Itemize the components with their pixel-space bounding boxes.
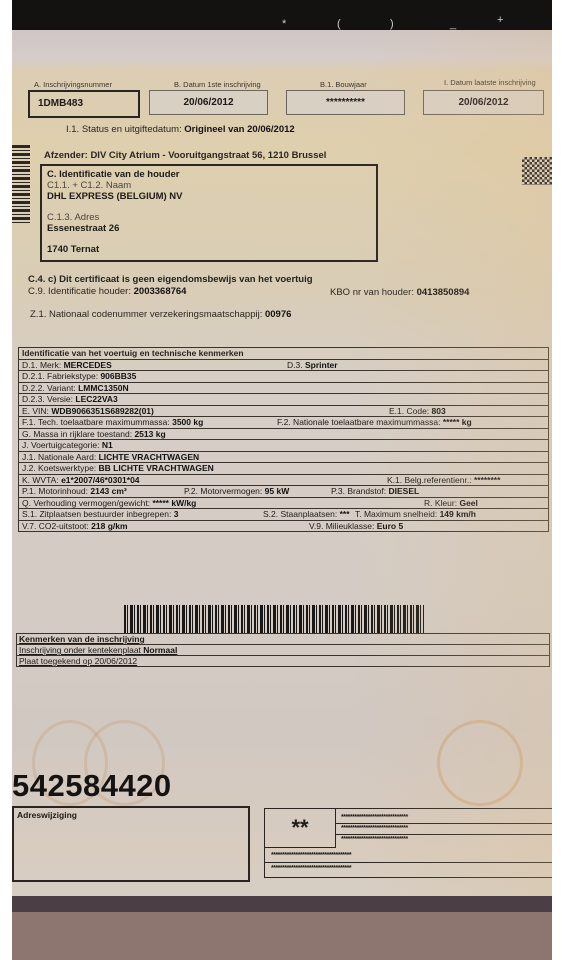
vehicle-field-value: LMMC1350N — [78, 383, 129, 393]
vehicle-table-row: Q. Verhouding vermogen/gewicht: ***** kW… — [19, 498, 548, 510]
registration-certificate: A. Inschrijvingsnummer 1DMB483 B. Datum … — [12, 30, 552, 900]
key-glyph: ) — [390, 18, 394, 30]
document-photo: * ( ) _ + A. Inschrijvingsnummer 1DMB483… — [12, 0, 552, 960]
z1-value: 00976 — [265, 309, 291, 320]
vehicle-field: P.1. Motorinhoud: 2143 cm³ — [22, 486, 127, 497]
vehicle-field-label: P.3. Brandstof: — [331, 486, 386, 496]
vehicle-table-row: K. WVTA: e1*2007/46*0301*04K.1. Belg.ref… — [19, 475, 548, 487]
vehicle-field-value: 218 g/km — [91, 521, 127, 531]
vehicle-field-label: F.1. Tech. toelaatbare maximummassa: — [22, 417, 170, 427]
address-change-label: Adreswijziging — [17, 810, 77, 820]
label-first-registration: B. Datum 1ste inschrijving — [174, 80, 261, 89]
reserved-line: ****************************** — [341, 814, 408, 821]
vehicle-table-title: Identificatie van het voertuig en techni… — [19, 348, 548, 360]
barcode — [124, 605, 424, 633]
vehicle-field-value: BB LICHTE VRACHTWAGEN — [99, 463, 214, 473]
vehicle-field-value: Euro 5 — [377, 521, 403, 531]
registration-table: Kenmerken van de inschrijving Inschrijvi… — [16, 633, 550, 667]
vehicle-table-row: S.1. Zitplaatsen bestuurder inbegrepen: … — [19, 509, 548, 521]
holder-title: C. Identificatie van de houder — [47, 169, 371, 180]
registration-number: 1DMB483 — [28, 90, 140, 118]
reserved-line: ****************************** — [341, 825, 408, 832]
vehicle-table-row: D.1. Merk: MERCEDESD.3. Sprinter — [19, 360, 548, 372]
vehicle-field: P.3. Brandstof: DIESEL — [331, 486, 419, 497]
vehicle-field-label: E.1. Code: — [389, 406, 429, 416]
holder-box: C. Identificatie van de houder C1.1. + C… — [40, 164, 378, 262]
vehicle-field-label: P.2. Motorvermogen: — [184, 486, 262, 496]
vehicle-field-value: LEC22VA3 — [75, 394, 117, 404]
vehicle-field-label: E. VIN: — [22, 406, 49, 416]
last-registration-date: 20/06/2012 — [423, 90, 544, 115]
vehicle-table-row: P.1. Motorinhoud: 2143 cm³P.2. Motorverm… — [19, 486, 548, 498]
plate-type-label: Inschrijving onder kentekenplaat — [19, 645, 141, 655]
vehicle-field-label: V.9. Milieuklasse: — [309, 521, 374, 531]
vehicle-field-value: ***** kW/kg — [152, 498, 196, 508]
reserved-line: ************************************ — [271, 865, 351, 872]
vehicle-field: D.2.3. Versie: LEC22VA3 — [22, 394, 118, 405]
c9-label: C.9. Identificatie houder: — [28, 286, 131, 297]
vehicle-field-label: J.2. Koetswerktype: — [22, 463, 96, 473]
vehicle-table-row: J.1. Nationale Aard: LICHTE VRACHTWAGEN — [19, 452, 548, 464]
stain — [437, 720, 523, 806]
label-last-registration: I. Datum laatste inschrijving — [444, 78, 536, 87]
vehicle-field-value: ******** — [474, 475, 500, 485]
kbo-value: 0413850894 — [417, 287, 470, 298]
reserved-line: ************************************ — [271, 852, 351, 859]
vehicle-field-value: Sprinter — [305, 360, 338, 370]
reserved-box: ** ****************************** ******… — [264, 808, 552, 878]
vehicle-field: F.2. Nationale toelaatbare maximummassa:… — [277, 417, 472, 428]
status-label: I.1. Status en uitgiftedatum: — [66, 124, 182, 135]
vehicle-field: K.1. Belg.referentienr.: ******** — [387, 475, 500, 486]
vehicle-field: D.3. Sprinter — [287, 360, 338, 371]
reserved-line: ****************************** — [341, 836, 408, 843]
vehicle-field-label: F.2. Nationale toelaatbare maximummassa: — [277, 417, 440, 427]
vehicle-field: Q. Verhouding vermogen/gewicht: ***** kW… — [22, 498, 196, 509]
vehicle-field-label: P.1. Motorinhoud: — [22, 486, 88, 496]
vehicle-field-value: 3500 kg — [172, 417, 203, 427]
vehicle-field: E.1. Code: 803 — [389, 406, 446, 417]
vehicle-field-label: J. Voertuigcategorie: — [22, 440, 100, 450]
status-line: I.1. Status en uitgiftedatum: Origineel … — [66, 124, 295, 135]
vehicle-table-row: F.1. Tech. toelaatbare maximummassa: 350… — [19, 417, 548, 429]
vehicle-field-value: 2513 kg — [134, 429, 165, 439]
vehicle-field-value: 2143 cm³ — [90, 486, 126, 496]
kbo-label: KBO nr van houder: — [330, 287, 414, 298]
vehicle-field-label: D.3. — [287, 360, 303, 370]
address-change-box: Adreswijziging — [12, 806, 250, 882]
vehicle-field-value: MERCEDES — [64, 360, 112, 370]
vehicle-field: D.1. Merk: MERCEDES — [22, 360, 112, 371]
build-year: ********** — [286, 90, 405, 115]
plate-assigned-row: Plaat toegekend op 20/06/2012 — [17, 656, 549, 666]
key-glyph: ( — [337, 18, 341, 30]
holder-street: Essenestraat 26 — [47, 223, 371, 234]
vehicle-table: Identificatie van het voertuig en techni… — [18, 347, 549, 532]
vehicle-field: J.2. Koetswerktype: BB LICHTE VRACHTWAGE… — [22, 463, 214, 474]
vehicle-field-value: ***** kg — [443, 417, 472, 427]
status-value: Origineel van 20/06/2012 — [184, 124, 294, 135]
shadow-edge — [12, 896, 552, 912]
vehicle-field-value: 3 — [174, 509, 179, 519]
label-build-year: B.1. Bouwjaar — [320, 80, 367, 89]
keyboard-edge: * ( ) _ + — [12, 0, 552, 34]
kbo-line: KBO nr van houder: 0413850894 — [330, 287, 469, 298]
vehicle-table-row: V.7. CO2-uitstoot: 218 g/kmV.9. Milieukl… — [19, 521, 548, 532]
vehicle-field-value: N1 — [102, 440, 113, 450]
vehicle-field: V.7. CO2-uitstoot: 218 g/km — [22, 521, 128, 532]
vehicle-field-label: G. Massa in rijklare toestand: — [22, 429, 132, 439]
vehicle-field: S.1. Zitplaatsen bestuurder inbegrepen: … — [22, 509, 178, 520]
key-glyph: + — [497, 14, 503, 26]
vehicle-field-value: LICHTE VRACHTWAGEN — [99, 452, 200, 462]
holder-name: DHL EXPRESS (BELGIUM) NV — [47, 191, 371, 202]
holder-name-label: C1.1. + C1.2. Naam — [47, 180, 371, 191]
label-registration-number: A. Inschrijvingsnummer — [34, 80, 112, 89]
vehicle-field: G. Massa in rijklare toestand: 2513 kg — [22, 429, 166, 440]
side-barcode — [12, 145, 30, 223]
vehicle-table-row: G. Massa in rijklare toestand: 2513 kg — [19, 429, 548, 441]
z1-line: Z.1. Nationaal codenummer verzekeringsma… — [30, 309, 291, 320]
c4-notice: C.4. c) Dit certificaat is geen eigendom… — [28, 274, 313, 285]
c9-value: 2003368764 — [134, 286, 187, 297]
key-glyph: * — [282, 18, 286, 30]
registration-title: Kenmerken van de inschrijving — [17, 634, 549, 645]
vehicle-table-row: J. Voertuigcategorie: N1 — [19, 440, 548, 452]
vehicle-field-value: 906BB35 — [100, 371, 136, 381]
vehicle-field: D.2.1. Fabriekstype: 906BB35 — [22, 371, 136, 382]
vehicle-field: D.2.2. Variant: LMMC1350N — [22, 383, 129, 394]
vehicle-field-label: T. Maximum snelheid: — [355, 509, 437, 519]
vehicle-field-value: *** — [340, 509, 350, 519]
vehicle-field-value: DIESEL — [389, 486, 420, 496]
holder-address-label: C.1.3. Adres — [47, 212, 371, 223]
table-surface — [12, 912, 552, 960]
vehicle-field-label: D.2.1. Fabriekstype: — [22, 371, 98, 381]
vehicle-table-row: J.2. Koetswerktype: BB LICHTE VRACHTWAGE… — [19, 463, 548, 475]
vehicle-field-label: S.1. Zitplaatsen bestuurder inbegrepen: — [22, 509, 171, 519]
vehicle-field-label: R. Kleur: — [424, 498, 457, 508]
vehicle-field-label: D.2.3. Versie: — [22, 394, 73, 404]
vehicle-field: E. VIN: WDB9066351S689282(01) — [22, 406, 154, 417]
vehicle-field-value: 149 km/h — [440, 509, 476, 519]
vehicle-field-label: D.2.2. Variant: — [22, 383, 76, 393]
vehicle-table-row: D.2.1. Fabriekstype: 906BB35 — [19, 371, 548, 383]
vehicle-field-value: 95 kW — [265, 486, 290, 496]
z1-label: Z.1. Nationaal codenummer verzekeringsma… — [30, 309, 262, 320]
vehicle-table-row: E. VIN: WDB9066351S689282(01)E.1. Code: … — [19, 406, 548, 418]
reserved-stars: ** — [265, 809, 336, 848]
vehicle-field: F.1. Tech. toelaatbare maximummassa: 350… — [22, 417, 203, 428]
first-registration-date: 20/06/2012 — [149, 90, 268, 115]
plate-type-row: Inschrijving onder kentekenplaat Normaal — [17, 645, 549, 656]
vehicle-table-row: D.2.3. Versie: LEC22VA3 — [19, 394, 548, 406]
vehicle-field-label: J.1. Nationale Aard: — [22, 452, 96, 462]
vehicle-field: J. Voertuigcategorie: N1 — [22, 440, 113, 451]
datamatrix-code — [522, 157, 552, 185]
vehicle-field: S.2. Staanplaatsen: *** — [263, 509, 350, 520]
vehicle-field-value: WDB9066351S689282(01) — [51, 406, 154, 416]
vehicle-field-value: 803 — [432, 406, 446, 416]
vehicle-field-label: Q. Verhouding vermogen/gewicht: — [22, 498, 150, 508]
vehicle-field: T. Maximum snelheid: 149 km/h — [355, 509, 476, 520]
vehicle-field: P.2. Motorvermogen: 95 kW — [184, 486, 289, 497]
vehicle-field: R. Kleur: Geel — [424, 498, 478, 509]
holder-city: 1740 Ternat — [47, 244, 371, 255]
vehicle-field-label: V.7. CO2-uitstoot: — [22, 521, 89, 531]
vehicle-field-value: e1*2007/46*0301*04 — [61, 475, 139, 485]
vehicle-field-value: Geel — [459, 498, 477, 508]
vehicle-field-label: K. WVTA: — [22, 475, 59, 485]
vehicle-field-label: S.2. Staanplaatsen: — [263, 509, 337, 519]
vehicle-field: J.1. Nationale Aard: LICHTE VRACHTWAGEN — [22, 452, 199, 463]
sender-line: Afzender: DIV City Atrium - Vooruitgangs… — [44, 150, 326, 161]
vehicle-field-label: D.1. Merk: — [22, 360, 61, 370]
vehicle-field-label: K.1. Belg.referentienr.: — [387, 475, 472, 485]
vehicle-table-row: D.2.2. Variant: LMMC1350N — [19, 383, 548, 395]
key-glyph: _ — [450, 18, 456, 30]
document-number: 542584420 — [12, 768, 172, 804]
c9-line: C.9. Identificatie houder: 2003368764 — [28, 286, 186, 297]
plate-type-value: Normaal — [143, 645, 177, 655]
vehicle-field: K. WVTA: e1*2007/46*0301*04 — [22, 475, 140, 486]
vehicle-field: V.9. Milieuklasse: Euro 5 — [309, 521, 403, 532]
